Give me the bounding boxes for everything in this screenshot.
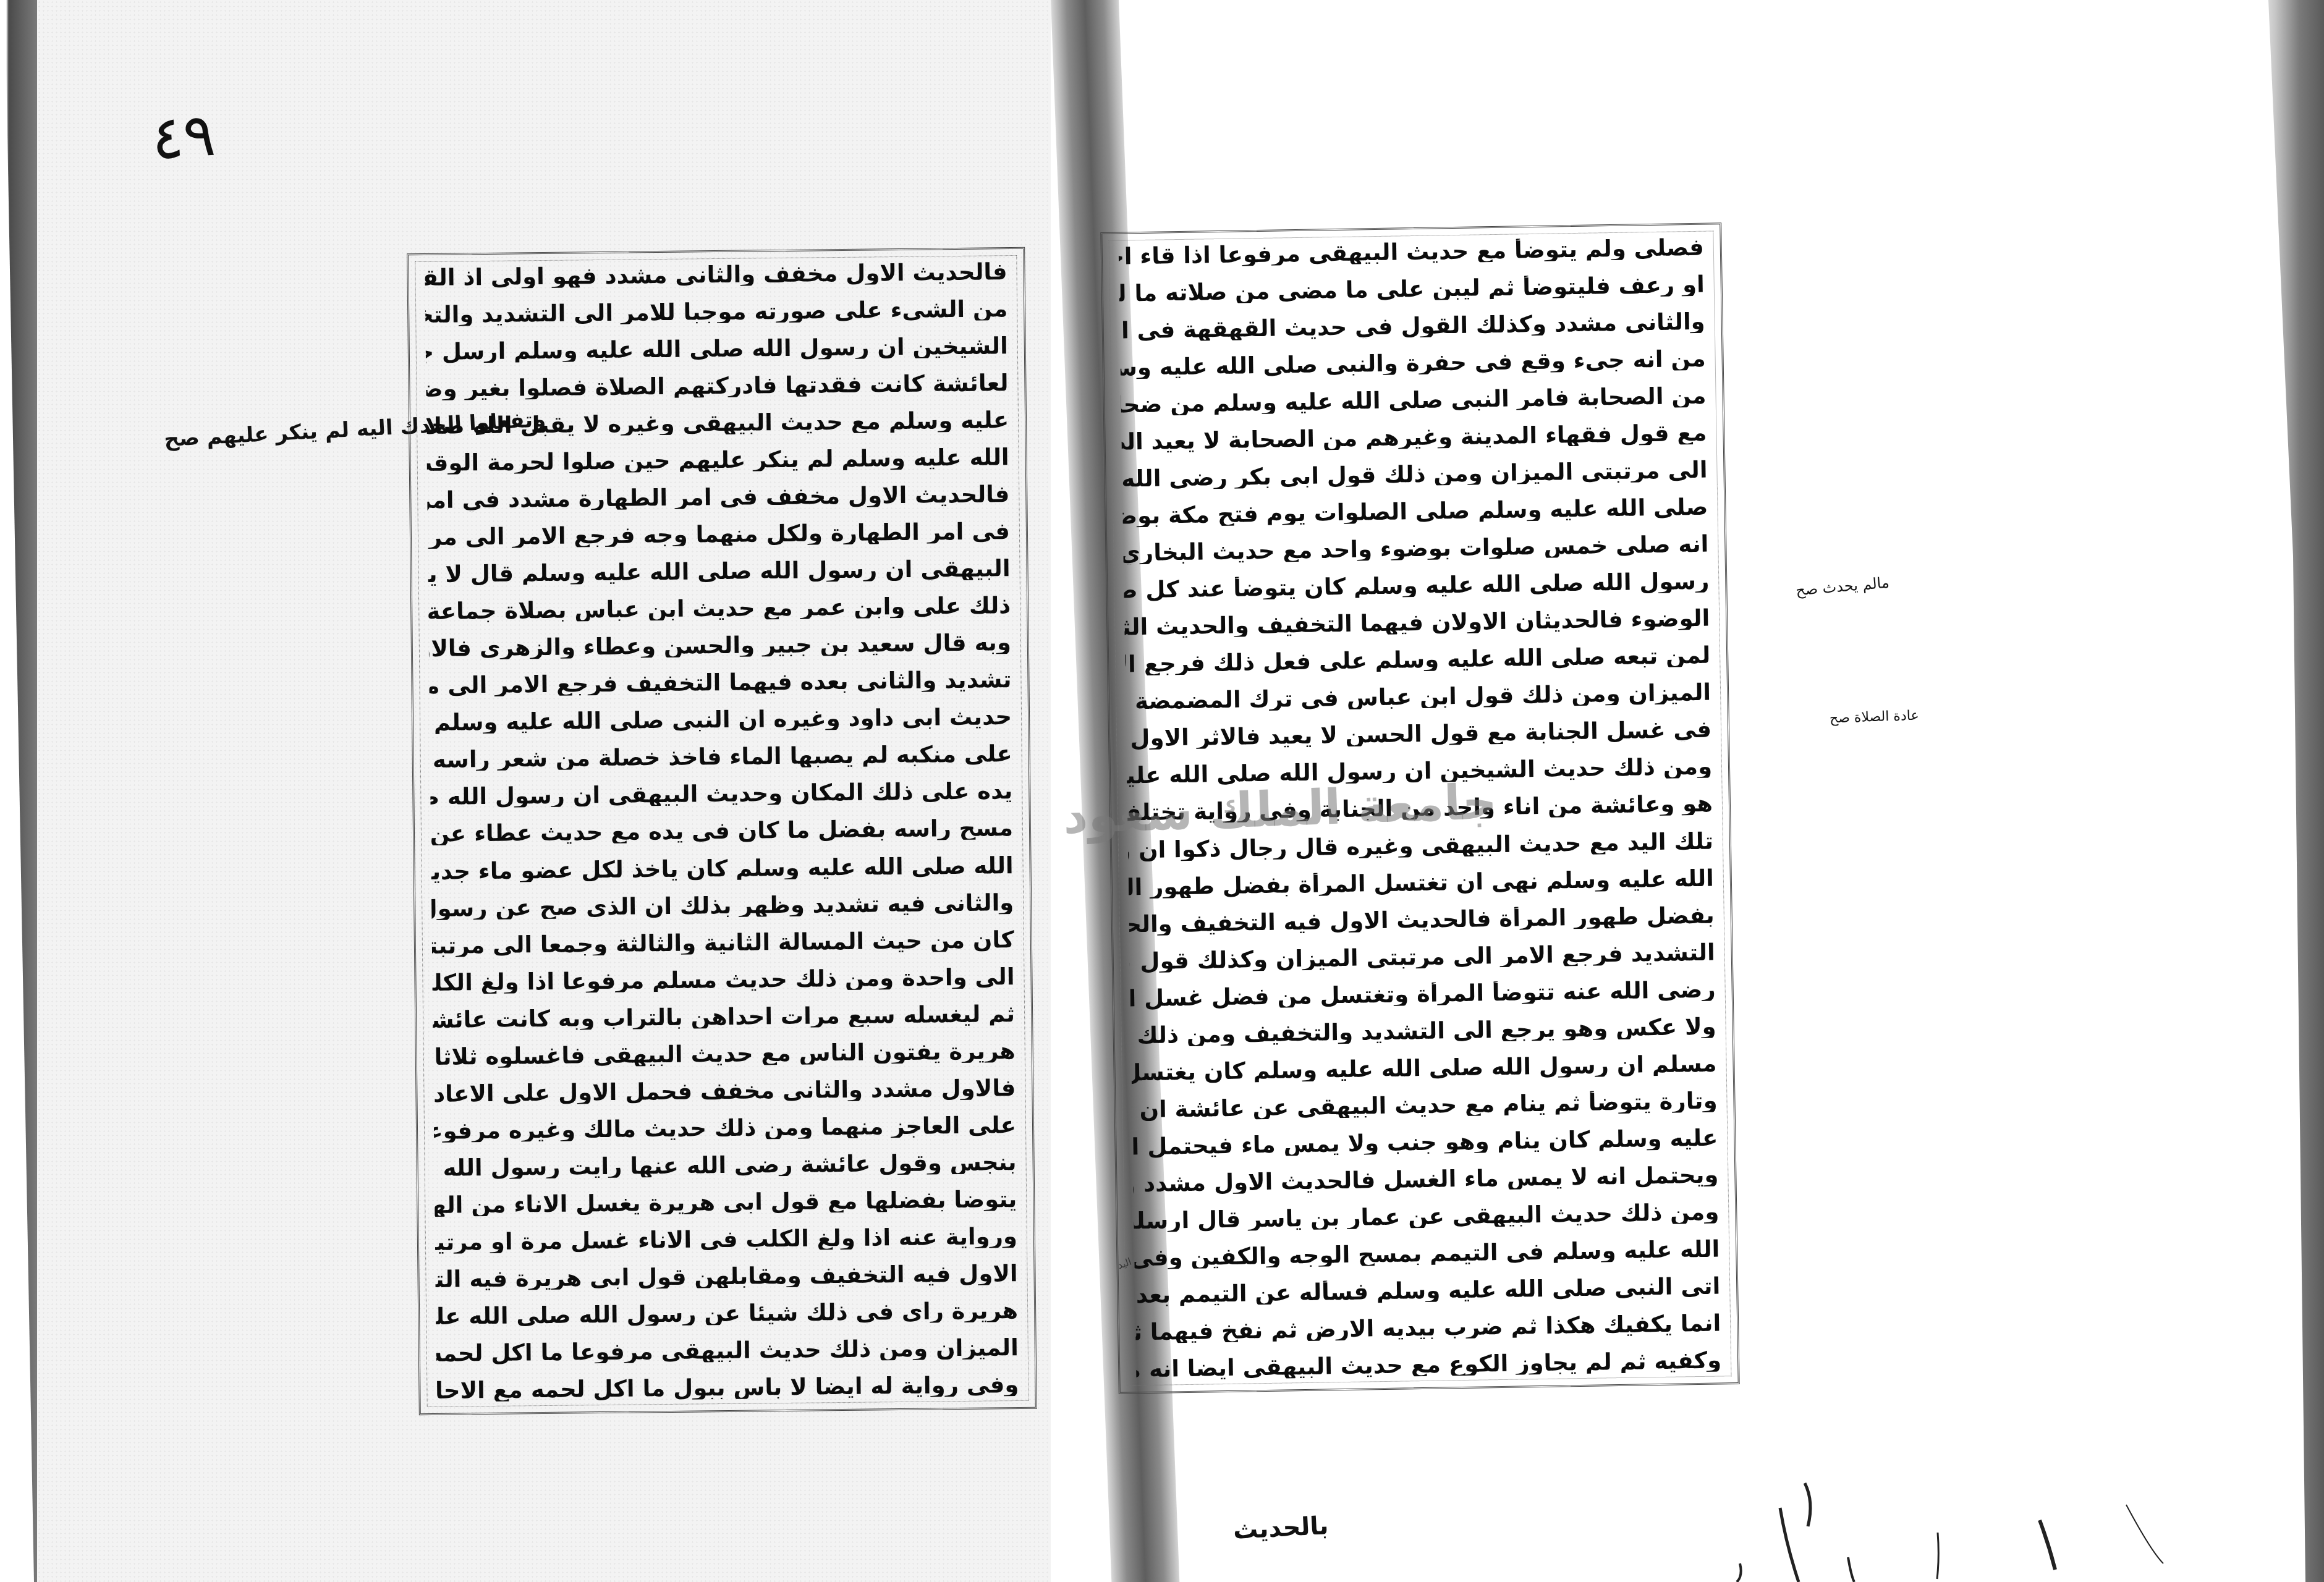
manuscript-line: يتوضا بفضلها مع قول ابي هريرة يغسل الانا… xyxy=(435,1188,1017,1217)
manuscript-line: هريرة يفتون الناس مع حديث البيهقي فاغسلو… xyxy=(433,1039,1016,1068)
manuscript-line: بفضل طهور المرأة فالحديث الاول فيه التخف… xyxy=(1129,903,1715,936)
left-page-text-block: فالحديث الاول مخفف والثاني مشدد فهو اولى… xyxy=(407,247,1037,1415)
manuscript-line: او رعف فليتوضأ ثم ليبن على ما مضى من صلا… xyxy=(1119,273,1705,305)
manuscript-line: بنجس وقول عائشة رضي الله عنها رايت رسول … xyxy=(434,1151,1016,1180)
manuscript-line: الشيخين ان رسول الله صلى الله عليه وسلم … xyxy=(426,334,1008,363)
manuscript-line: على منكبه لم يصبها الماء فاخذ خصلة من شع… xyxy=(430,742,1012,771)
catchword: بالحديث xyxy=(1232,1512,1330,1545)
manuscript-line: فالحديث الاول مخفف في امر الطهارة مشدد ف… xyxy=(427,483,1009,512)
manuscript-line: فصلى ولم يتوضأ مع حديث البيهقي مرفوعا اذ… xyxy=(1119,236,1704,268)
manuscript-line: الى مرتبتي الميزان ومن ذلك قول ابي بكر ر… xyxy=(1122,459,1707,491)
manuscript-line: حديث ابي داود وغيره ان النبي صلى الله عل… xyxy=(430,705,1012,734)
manuscript-line: من الشيء على صورته موجبا للامر الى التشد… xyxy=(425,297,1007,326)
manuscript-line: هريرة راى في ذلك شيئا عن رسول الله صلى ا… xyxy=(436,1299,1018,1328)
manuscript-line: من الصحابة فامر النبي صلى الله عليه وسلم… xyxy=(1121,384,1706,417)
manuscript-line: لعائشة كانت فقدتها فادركتهم الصلاة فصلوا… xyxy=(426,371,1008,400)
manuscript-line: فالاول مشدد والثاني مخفف فحمل الاول على … xyxy=(433,1077,1016,1106)
manuscript-line: في غسل الجنابة مع قول الحسن لا يعيد فالا… xyxy=(1126,718,1711,750)
manuscript-line: الاول فيه التخفيف ومقابلهن قول ابي هريرة… xyxy=(435,1262,1017,1291)
manuscript-line: رسول الله صلى الله عليه وسلم كان يتوضأ ع… xyxy=(1124,570,1709,602)
manuscript-line: تشديد والثاني بعده فيهما التخفيف فرجع ال… xyxy=(429,668,1011,697)
manuscript-line: مسلم ان رسول الله صلى الله عليه وسلم كان… xyxy=(1131,1052,1716,1084)
bottom-ink-marks xyxy=(1694,1471,2250,1582)
manuscript-line: وكفيه ثم لم يجاوز الكوع مع حديث البيهقي … xyxy=(1136,1348,1721,1381)
manuscript-line: انما يكفيك هكذا ثم ضرب بيديه الارض ثم نف… xyxy=(1135,1311,1721,1343)
manuscript-line: عليه وسلم مع حديث البيهقي وغيره لا يقبل … xyxy=(426,408,1009,438)
right-margin-annotation-2: عادة الصلاة صح xyxy=(1830,708,1919,726)
manuscript-line: لمن تبعه صلى الله عليه وسلم على فعل ذلك … xyxy=(1125,644,1710,676)
manuscript-line: على العاجز منهما ومن ذلك حديث مالك وغيره… xyxy=(434,1114,1016,1143)
manuscript-line: وفي رواية له ايضا لا باس ببول ما اكل لحم… xyxy=(436,1373,1019,1402)
manuscript-line: صلى الله عليه وسلم صلى الصلوات يوم فتح م… xyxy=(1122,496,1708,528)
manuscript-line: ولا عكس وهو يرجع الى التشديد والتخفيف وم… xyxy=(1130,1015,1716,1047)
manuscript-line: التشديد فرجع الامر الى مرتبتي الميزان وك… xyxy=(1130,941,1715,973)
manuscript-line: مسح راسه بفضل ما كان في يده مع حديث عطاء… xyxy=(431,817,1013,846)
manuscript-line: الله عليه وسلم نهى ان تغتسل المرأة بفضل … xyxy=(1129,866,1714,899)
manuscript-line: الميزان ومن ذلك حديث البيهقي مرفوعا ما ا… xyxy=(436,1336,1019,1365)
manuscript-line: عليه وسلم كان ينام وهو جنب ولا يمس ماء ف… xyxy=(1132,1126,1718,1158)
manuscript-line: اتى النبي صلى الله عليه وسلم فسأله عن ال… xyxy=(1135,1274,1720,1306)
manuscript-line: مع قول فقهاء المدينة وغيرهم من الصحابة ل… xyxy=(1121,421,1707,454)
manuscript-line: ومن ذلك حديث البيهقي عن عمار بن ياسر قال… xyxy=(1134,1200,1719,1232)
manuscript-line: فالحديث الاول مخفف والثاني مشدد فهو اولى… xyxy=(425,260,1007,289)
manuscript-line: البيهقي ان رسول الله صلى الله عليه وسلم … xyxy=(428,557,1010,586)
manuscript-line: وتارة يتوضأ ثم ينام مع حديث البيهقي عن ع… xyxy=(1132,1089,1717,1121)
manuscript-line: والثاني فيه تشديد وظهر بذلك ان الذي صح ع… xyxy=(431,891,1014,920)
left-page-lines: فالحديث الاول مخفف والثاني مشدد فهو اولى… xyxy=(425,260,1019,1402)
manuscript-line: وبه قال سعيد بن جبير والحسن وعطاء والزهر… xyxy=(429,631,1011,660)
manuscript-line: كان من حيث المسالة الثانية والثالثة وجمع… xyxy=(432,928,1014,957)
manuscript-line: الى واحدة ومن ذلك حديث مسلم مرفوعا اذا و… xyxy=(432,965,1014,994)
manuscript-line: ورواية عنه اذا ولغ الكلب في الاناء غسل م… xyxy=(435,1225,1017,1254)
manuscript-line: الميزان ومن ذلك قول ابن عباس في ترك المض… xyxy=(1126,681,1711,713)
manuscript-line: انه صلى خمس صلوات بوضوء واحد مع حديث الب… xyxy=(1123,533,1708,565)
manuscript-line: ثم ليغسله سبع مرات احداهن بالتراب وبه كا… xyxy=(433,1002,1015,1031)
manuscript-line: الله صلى الله عليه وسلم كان ياخذ لكل عضو… xyxy=(431,854,1013,883)
manuscript-line: الوضوء فالحديثان الاولان فيهما التخفيف و… xyxy=(1124,607,1710,639)
manuscript-line: والثاني مشدد وكذلك القول في حديث القهقهة… xyxy=(1120,310,1705,342)
manuscript-line: في امر الطهارة ولكل منهما وجه فرجع الامر… xyxy=(428,520,1010,549)
manuscript-line: ويحتمل انه لا يمس ماء الغسل فالحديث الاو… xyxy=(1133,1163,1718,1195)
manuscript-line: رضي الله عنه تتوضأ المرأة وتغتسل من فضل … xyxy=(1130,978,1715,1010)
manuscript-line: يده على ذلك المكان وحديث البيهقي ان رسول… xyxy=(430,780,1012,809)
manuscript-line: الله عليه وسلم لم ينكر عليهم حين صلوا لح… xyxy=(427,446,1009,475)
folio-number: ٤٩ xyxy=(149,100,218,174)
manuscript-line: ذلك علي وابن عمر مع حديث ابن عباس بصلاة … xyxy=(428,594,1011,623)
manuscript-line: من انه جيء وقع في حفرة والنبي صلى الله ع… xyxy=(1120,347,1705,379)
manuscript-line: الله عليه وسلم في التيمم بمسح الوجه والك… xyxy=(1134,1237,1720,1269)
